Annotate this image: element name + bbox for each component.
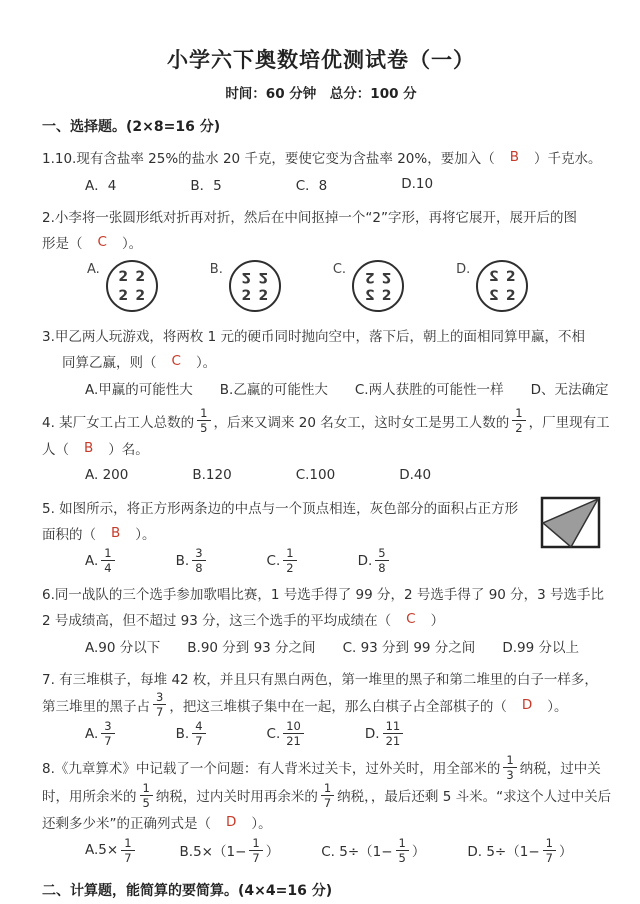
fraction-denominator: 4: [104, 561, 111, 574]
digit-2-glyph: 2: [365, 289, 375, 303]
question-2: 2.小李将一张圆形纸对折再对折，然后在中间抠掉一个“2”字形，再将它展开，展开后…: [42, 203, 600, 254]
digit-2-glyph: 2: [135, 289, 145, 303]
text-run: ）千克水。: [534, 147, 602, 167]
fraction: 17: [321, 782, 334, 809]
text-run: 人（: [42, 438, 69, 458]
text-run: 6.同一战队的三个选手参加歌唱比赛，1 号选手得了 99 分，2 号选手得了 9…: [42, 583, 604, 603]
text-run: A.: [85, 726, 98, 742]
text-run: 2.小李将一张圆形纸对折再对折，然后在中间抠掉一个“2”字形，再将它展开，展开后…: [42, 206, 577, 226]
fraction-numerator: 3: [192, 547, 205, 561]
question-5-square-figure: [540, 496, 602, 550]
answer-letter: D: [522, 697, 532, 713]
question-5: 5. 如图所示，将正方形两条边的中点与一个顶点相连，灰色部分的面积占正方形面积的…: [42, 494, 600, 545]
text-run: 面积的（: [42, 523, 96, 543]
text-run: D.40: [399, 467, 431, 483]
digit-2-glyph: 2: [241, 289, 251, 303]
text-run: 第三堆里的黑子占: [42, 695, 150, 715]
digit-2-glyph: 2: [241, 270, 251, 284]
option-item: D. 1121: [365, 720, 406, 747]
text-run: ）: [431, 609, 445, 629]
fraction-numerator: 1: [543, 837, 556, 851]
text-run: 3.甲乙两人玩游戏，将两枚 1 元的硬币同时抛向空中，落下后，朝上的面相同算甲赢…: [42, 325, 585, 345]
text-run: D. 5÷（1−: [467, 840, 539, 860]
text-run: A.: [85, 553, 98, 569]
question-line: 8.《九章算术》中记载了一个问题：有人背米过关卡，过外关时，用全部米的13纳税，…: [42, 754, 600, 781]
fraction-numerator: 1: [121, 837, 134, 851]
circle-option-label: D.: [456, 262, 470, 277]
option-item: C. 5÷（1−15）: [321, 837, 425, 864]
question-3-options: A.甲赢的可能性大B.乙赢的可能性大C.两人获胜的可能性一样D、无法确定: [42, 375, 600, 401]
digit-2-glyph: 2: [506, 270, 516, 284]
text-run: ，后来又调来 20 名女工，这时女工是男工人数的: [214, 411, 510, 431]
option-item: B. 38: [176, 547, 209, 574]
question-line: 同算乙赢，则（C）。: [42, 348, 600, 373]
text-run: C.两人获胜的可能性一样: [355, 378, 504, 398]
answer-letter: B: [510, 149, 519, 165]
question-line: 7. 有三堆棋子，每堆 42 枚，并且只有黑白两色，第一堆里的黑子和第二堆里的白…: [42, 665, 600, 690]
question-1: 1.10.现有含盐率 25%的盐水 20 千克，要使它变为含盐率 20%，要加入…: [42, 144, 600, 169]
text-run: 形是（: [42, 232, 83, 252]
question-line: 6.同一战队的三个选手参加歌唱比赛，1 号选手得了 99 分，2 号选手得了 9…: [42, 580, 600, 605]
option-item: A. 37: [85, 720, 118, 747]
option-item: B.乙赢的可能性大: [220, 378, 328, 398]
fraction: 15: [140, 782, 153, 809]
fraction: 17: [249, 837, 262, 864]
fraction: 15: [197, 407, 210, 434]
text-run: C.100: [296, 467, 336, 483]
text-run: C.: [267, 726, 281, 742]
text-run: B.: [176, 726, 190, 742]
fraction-numerator: 5: [375, 547, 388, 561]
cut-paper-circle: 2222: [106, 260, 158, 312]
fraction: 1021: [283, 720, 304, 747]
question-2-answer-figures: A.2222B.2222C.2222D.2222: [42, 260, 600, 312]
question-5-block: 5. 如图所示，将正方形两条边的中点与一个顶点相连，灰色部分的面积占正方形面积的…: [42, 494, 600, 574]
answer-letter: C: [98, 234, 107, 250]
digit-2-glyph: 2: [258, 270, 268, 284]
option-item: B.120: [192, 467, 231, 483]
text-run: 7. 有三堆棋子，每堆 42 枚，并且只有黑白两色，第一堆里的黑子和第二堆里的白…: [42, 668, 598, 688]
paper-subtitle: 时间：60 分钟 总分：100 分: [42, 82, 600, 102]
text-run: D.: [365, 726, 380, 742]
text-run: ）名。: [108, 438, 149, 458]
question-line: 第三堆里的黑子占37，把这三堆棋子集中在一起，那么白棋子占全部棋子的（D）。: [42, 691, 600, 718]
circle-option: A.2222: [87, 260, 158, 312]
text-run: ，厂里现有工: [529, 411, 610, 431]
option-item: C. 12: [267, 547, 300, 574]
text-run: D.10: [401, 176, 433, 192]
fraction-numerator: 1: [321, 782, 334, 796]
text-run: 同算乙赢，则（: [62, 351, 157, 371]
text-run: 纳税，，最后还剩 5 斗米。“求这个人过中关后: [337, 785, 611, 805]
text-run: ）: [266, 840, 280, 860]
fraction: 17: [121, 837, 134, 864]
digit-2-glyph: 2: [118, 289, 128, 303]
question-line: 1.10.现有含盐率 25%的盐水 20 千克，要使它变为含盐率 20%，要加入…: [42, 144, 600, 169]
fraction-denominator: 7: [104, 734, 111, 747]
circle-option: B.2222: [210, 260, 281, 312]
fraction-denominator: 8: [378, 561, 385, 574]
text-run: 1.10.现有含盐率 25%的盐水 20 千克，要使它变为含盐率 20%，要加入…: [42, 147, 495, 167]
question-8-options: A.5×17B.5×（1−17）C. 5÷（1−15）D. 5÷（1−17）: [42, 837, 600, 864]
fraction: 17: [543, 837, 556, 864]
paper-title: 小学六下奥数培优测试卷（一）: [42, 44, 600, 74]
option-item: A.甲赢的可能性大: [85, 378, 193, 398]
answer-letter: B: [111, 525, 120, 541]
text-run: A.90 分以下: [85, 636, 160, 656]
circle-option: D.2222: [456, 260, 528, 312]
text-run: ）。: [547, 695, 567, 715]
question-1-options: A．4B．5C．8D.10: [42, 171, 600, 197]
fraction-denominator: 2: [515, 421, 522, 434]
fraction-denominator: 7: [195, 734, 202, 747]
answer-letter: D: [226, 814, 236, 830]
text-run: C. 5÷（1−: [321, 840, 392, 860]
fraction: 47: [192, 720, 205, 747]
text-run: D.: [358, 553, 373, 569]
question-line: 面积的（B）。: [42, 520, 600, 545]
text-run: B.90 分到 93 分之间: [187, 636, 315, 656]
option-item: C.100: [296, 467, 336, 483]
question-7-options: A. 37B. 47C. 1021D. 1121: [42, 720, 600, 747]
text-run: 2 号成绩高，但不超过 93 分，这三个选手的平均成绩在（: [42, 609, 391, 629]
question-line: 时，用所余米的15纳税，过内关时用再余米的17纳税，，最后还剩 5 斗米。“求这…: [42, 782, 600, 809]
fraction-denominator: 7: [546, 851, 553, 864]
digit-2-glyph: 2: [118, 270, 128, 284]
fraction-denominator: 7: [156, 705, 163, 718]
digit-2-glyph: 2: [365, 270, 375, 284]
option-item: B.5×（1−17）: [180, 837, 280, 864]
fraction-numerator: 1: [197, 407, 210, 421]
cut-paper-circle: 2222: [352, 260, 404, 312]
circle-option: C.2222: [333, 260, 404, 312]
digit-2-glyph: 2: [489, 270, 499, 284]
option-item: A.90 分以下: [85, 636, 160, 656]
option-item: C. 1021: [267, 720, 307, 747]
text-run: B.5×（1−: [180, 840, 247, 860]
text-run: B.乙赢的可能性大: [220, 378, 328, 398]
option-item: D.99 分以上: [502, 636, 579, 656]
text-run: A.甲赢的可能性大: [85, 378, 193, 398]
cut-paper-circle: 2222: [229, 260, 281, 312]
option-item: D. 5÷（1−17）: [467, 837, 572, 864]
question-line: 4. 某厂女工占工人总数的15，后来又调来 20 名女工，这时女工是男工人数的1…: [42, 407, 600, 434]
option-item: A．4: [85, 174, 116, 194]
digit-2-glyph: 2: [506, 289, 516, 303]
option-item: A. 14: [85, 547, 118, 574]
fraction-denominator: 8: [195, 561, 202, 574]
text-run: C. 93 分到 99 分之间: [343, 636, 476, 656]
option-item: A. 200: [85, 467, 128, 483]
question-line: 5. 如图所示，将正方形两条边的中点与一个顶点相连，灰色部分的面积占正方形: [42, 494, 600, 519]
fraction-denominator: 3: [506, 768, 513, 781]
text-run: A. 200: [85, 467, 128, 483]
fraction-numerator: 1: [283, 547, 296, 561]
text-run: ）: [412, 840, 426, 860]
text-run: 5. 如图所示，将正方形两条边的中点与一个顶点相连，灰色部分的面积占正方形: [42, 497, 518, 517]
fraction: 38: [192, 547, 205, 574]
option-item: D. 58: [358, 547, 392, 574]
fraction-denominator: 5: [399, 851, 406, 864]
text-run: 还剩多少米”的正确列式是（: [42, 812, 211, 832]
fraction-denominator: 2: [286, 561, 293, 574]
fraction-numerator: 4: [192, 720, 205, 734]
fraction-numerator: 1: [396, 837, 409, 851]
option-item: A.5×17: [85, 837, 138, 864]
fraction-numerator: 3: [101, 720, 114, 734]
answer-letter: C: [406, 611, 415, 627]
question-line: 还剩多少米”的正确列式是（D）。: [42, 810, 600, 835]
fraction-denominator: 7: [252, 851, 259, 864]
option-item: C. 93 分到 99 分之间: [343, 636, 476, 656]
text-run: ）。: [196, 351, 216, 371]
section-1-heading: 一、选择题。(2×8=16 分): [42, 116, 600, 136]
fraction: 12: [283, 547, 296, 574]
fraction-denominator: 21: [386, 734, 401, 747]
digit-2-glyph: 2: [135, 270, 145, 284]
circle-option-label: B.: [210, 262, 223, 277]
option-item: B. 47: [176, 720, 209, 747]
answer-letter: B: [84, 440, 93, 456]
digit-2-glyph: 2: [489, 289, 499, 303]
question-line: 2 号成绩高，但不超过 93 分，这三个选手的平均成绩在（C）: [42, 606, 600, 631]
text-run: 时，用所余米的: [42, 785, 137, 805]
digit-2-glyph: 2: [258, 289, 268, 303]
fraction: 1121: [383, 720, 404, 747]
section-2-heading: 二、计算题，能简算的要简算。(4×4=16 分): [42, 880, 600, 900]
fraction-denominator: 7: [124, 851, 131, 864]
text-run: B.: [176, 553, 190, 569]
text-run: B.120: [192, 467, 231, 483]
text-run: ，把这三堆棋子集中在一起，那么白棋子占全部棋子的（: [169, 695, 507, 715]
fraction-denominator: 5: [200, 421, 207, 434]
text-run: D、无法确定: [531, 378, 609, 398]
text-run: A.5×: [85, 842, 118, 858]
text-run: ）。: [122, 232, 142, 252]
question-6: 6.同一战队的三个选手参加歌唱比赛，1 号选手得了 99 分，2 号选手得了 9…: [42, 580, 600, 631]
option-item: D.10: [401, 176, 433, 192]
fraction-numerator: 10: [283, 720, 304, 734]
fraction-numerator: 1: [503, 754, 516, 768]
fraction-numerator: 1: [140, 782, 153, 796]
fraction: 12: [512, 407, 525, 434]
test-paper-page: 小学六下奥数培优测试卷（一） 时间：60 分钟 总分：100 分 一、选择题。(…: [0, 0, 640, 904]
question-4: 4. 某厂女工占工人总数的15，后来又调来 20 名女工，这时女工是男工人数的1…: [42, 407, 600, 460]
digit-2-glyph: 2: [382, 289, 392, 303]
text-run: ）。: [135, 523, 155, 543]
fraction: 58: [375, 547, 388, 574]
question-5-options: A. 14B. 38C. 12D. 58: [42, 547, 600, 574]
fraction: 37: [101, 720, 114, 747]
text-run: C．8: [296, 174, 328, 194]
fraction-numerator: 1: [101, 547, 114, 561]
fraction: 37: [153, 691, 166, 718]
circle-option-label: C.: [333, 262, 346, 277]
option-item: B.90 分到 93 分之间: [187, 636, 315, 656]
fraction-denominator: 7: [324, 796, 331, 809]
fraction-numerator: 1: [249, 837, 262, 851]
digit-2-glyph: 2: [382, 270, 392, 284]
text-run: ）。: [251, 812, 271, 832]
option-item: D、无法确定: [531, 378, 609, 398]
fraction: 14: [101, 547, 114, 574]
option-item: B．5: [190, 174, 221, 194]
text-run: 纳税，过内关时用再余米的: [156, 785, 318, 805]
text-run: A．4: [85, 174, 116, 194]
fraction: 15: [396, 837, 409, 864]
fraction: 13: [503, 754, 516, 781]
question-line: 形是（C）。: [42, 229, 600, 254]
answer-letter: C: [172, 353, 181, 369]
fraction-numerator: 1: [512, 407, 525, 421]
question-8: 8.《九章算术》中记载了一个问题：有人背米过关卡，过外关时，用全部米的13纳税，…: [42, 754, 600, 835]
option-item: C.两人获胜的可能性一样: [355, 378, 504, 398]
text-run: C.: [267, 553, 281, 569]
text-run: 4. 某厂女工占工人总数的: [42, 411, 194, 431]
text-run: ）: [559, 840, 573, 860]
text-run: B．5: [190, 174, 221, 194]
text-run: D.99 分以上: [502, 636, 579, 656]
question-line: 3.甲乙两人玩游戏，将两枚 1 元的硬币同时抛向空中，落下后，朝上的面相同算甲赢…: [42, 322, 600, 347]
text-run: 纳税，过中关: [520, 757, 601, 777]
text-run: 8.《九章算术》中记载了一个问题：有人背米过关卡，过外关时，用全部米的: [42, 757, 500, 777]
cut-paper-circle: 2222: [476, 260, 528, 312]
circle-option-label: A.: [87, 262, 100, 277]
question-3: 3.甲乙两人玩游戏，将两枚 1 元的硬币同时抛向空中，落下后，朝上的面相同算甲赢…: [42, 322, 600, 373]
question-7: 7. 有三堆棋子，每堆 42 枚，并且只有黑白两色，第一堆里的黑子和第二堆里的白…: [42, 665, 600, 718]
question-4-options: A. 200B.120C.100D.40: [42, 462, 600, 488]
option-item: C．8: [296, 174, 328, 194]
fraction-numerator: 11: [383, 720, 404, 734]
question-line: 人（B）名。: [42, 435, 600, 460]
fraction-numerator: 3: [153, 691, 166, 705]
fraction-denominator: 5: [143, 796, 150, 809]
option-item: D.40: [399, 467, 431, 483]
fraction-denominator: 21: [286, 734, 301, 747]
question-line: 2.小李将一张圆形纸对折再对折，然后在中间抠掉一个“2”字形，再将它展开，展开后…: [42, 203, 600, 228]
question-6-options: A.90 分以下B.90 分到 93 分之间C. 93 分到 99 分之间D.9…: [42, 633, 600, 659]
